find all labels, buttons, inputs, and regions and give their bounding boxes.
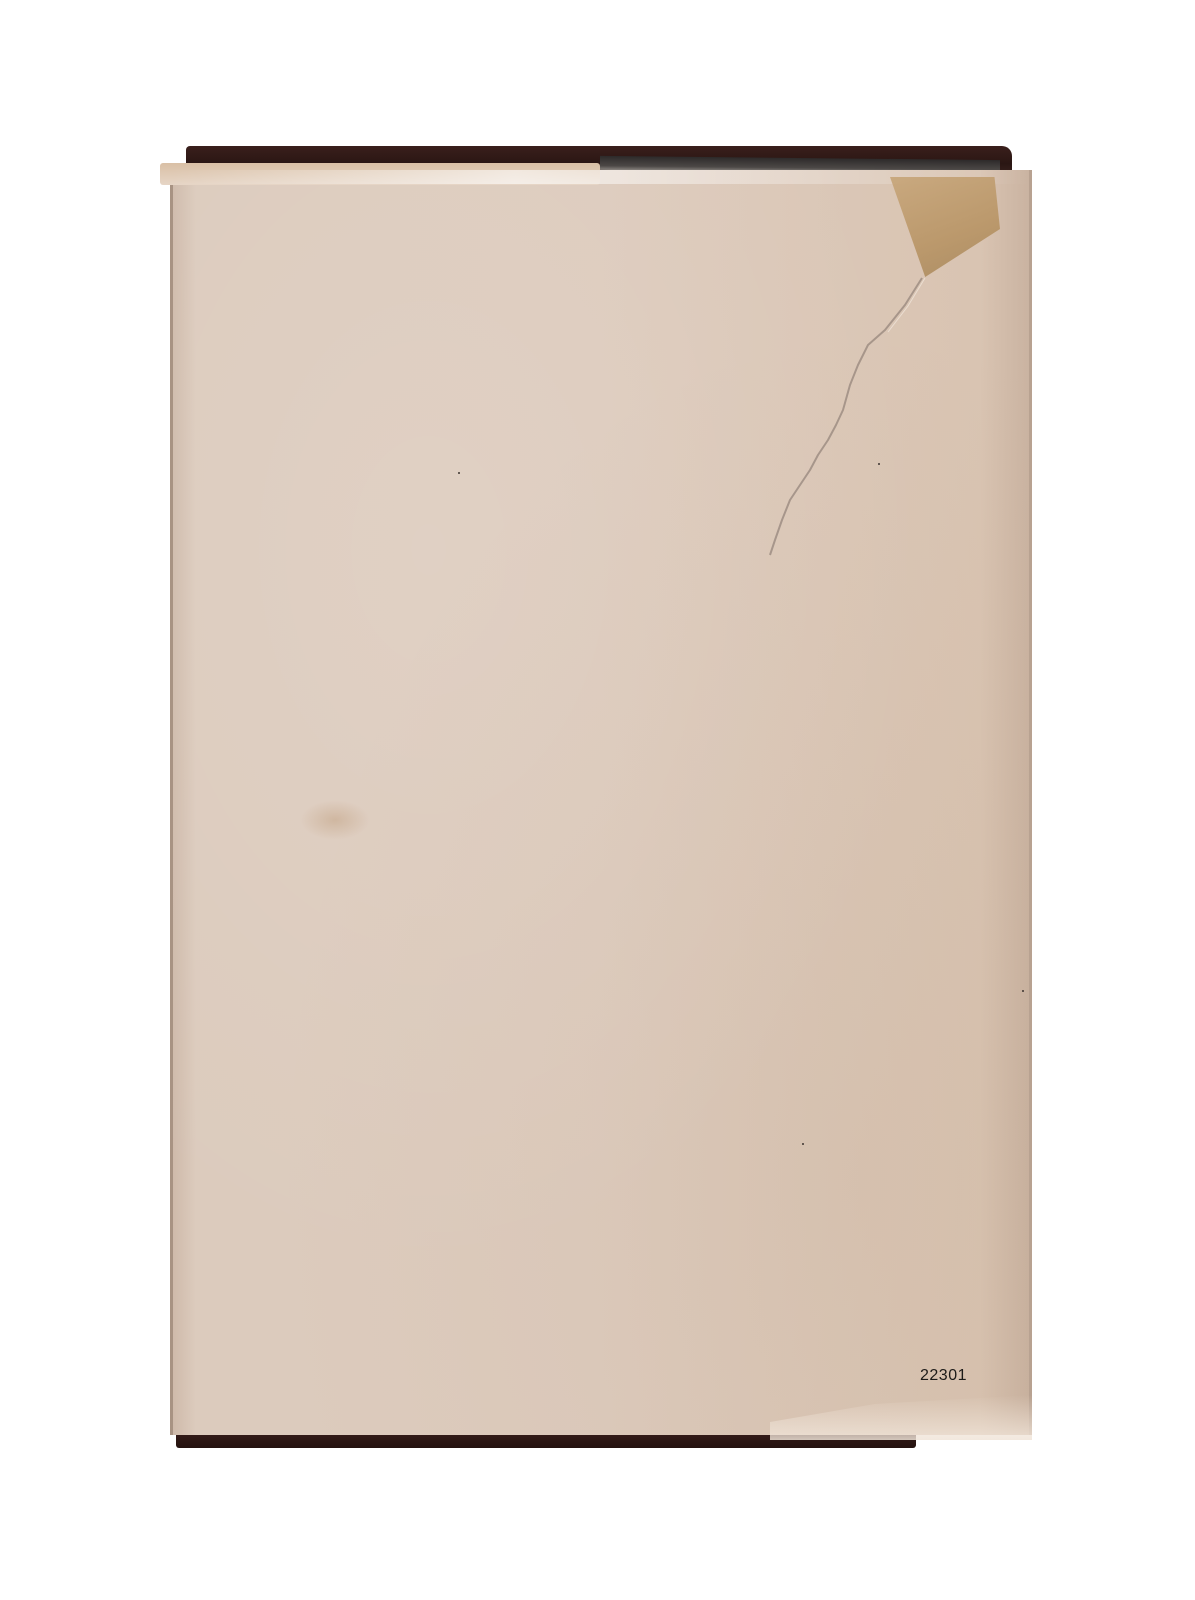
- speck: [802, 1143, 804, 1145]
- catalog-number: 22301: [920, 1367, 967, 1385]
- speck: [1022, 990, 1024, 992]
- speck: [878, 463, 880, 465]
- water-stain: [300, 800, 370, 840]
- speck: [458, 472, 460, 474]
- dust-jacket-back-cover: [170, 170, 1032, 1435]
